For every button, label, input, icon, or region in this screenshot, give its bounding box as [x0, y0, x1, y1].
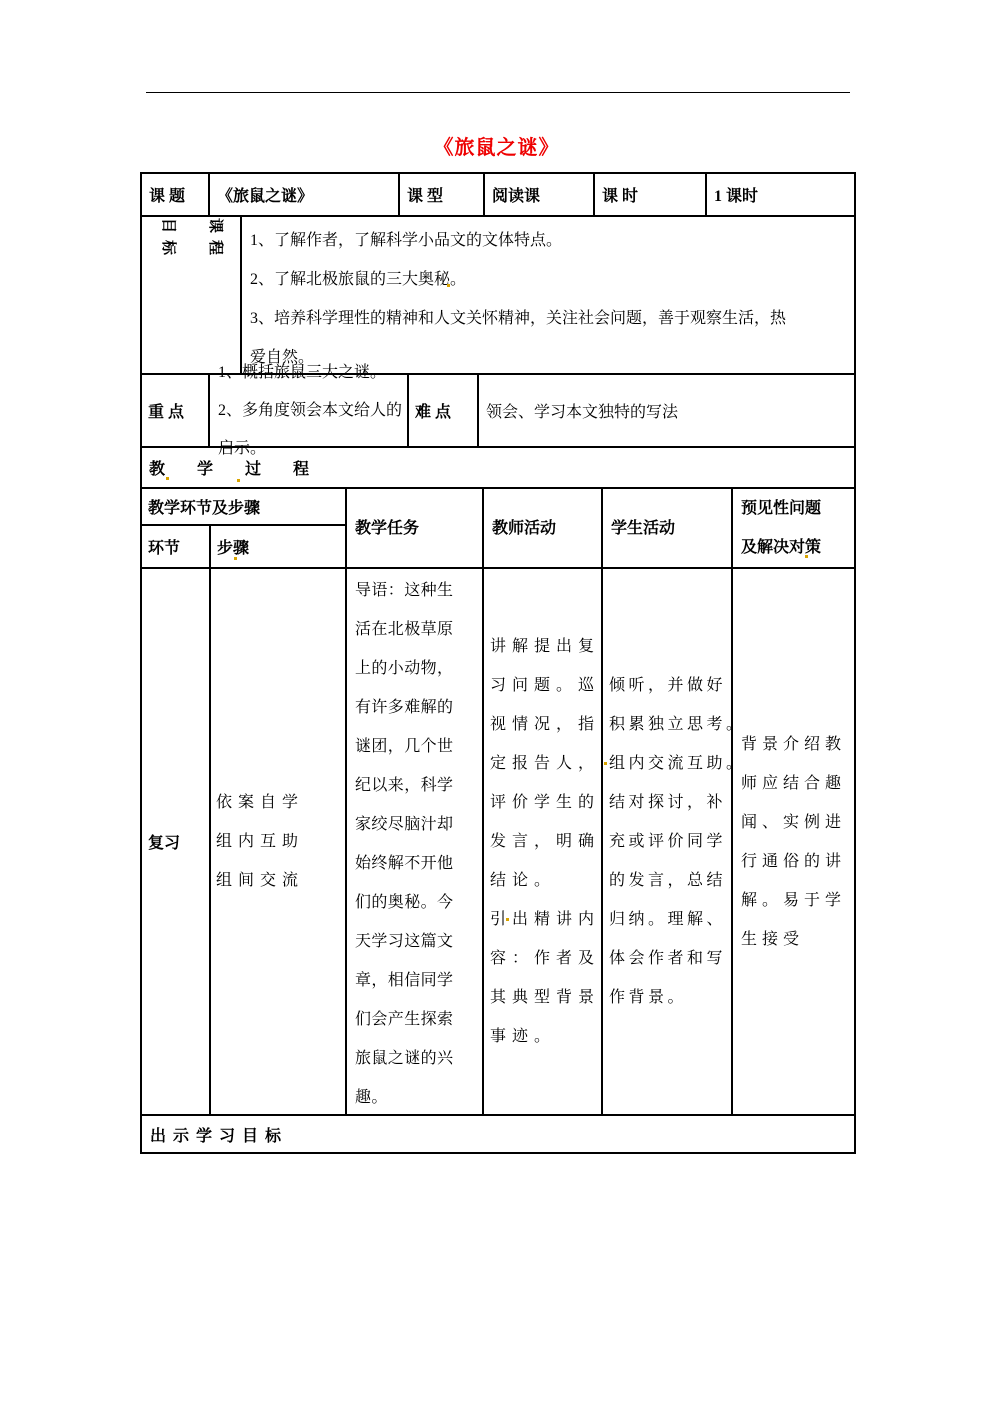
steps-value: 依案自学 组内互助 组间交流: [209, 569, 345, 1114]
student-activity-value: 倾听，并做好 积累独立思考。 组内交流互助。 结对探讨，补 充或评价同学 的发言…: [601, 569, 731, 1114]
steps-subheader: 环节 步骤: [142, 526, 345, 567]
student-column-header: 学生活动: [601, 489, 731, 567]
document-title: 《旅鼠之谜》: [0, 131, 993, 160]
steps-group-header-cell: 教学环节及步骤 环节 步骤: [142, 489, 345, 567]
stage-column-header: 环节: [142, 526, 209, 567]
stray-mark-dot: [166, 477, 169, 480]
stray-mark-dot: [447, 284, 450, 287]
show-objectives-label: 出 示 学 习 目 标: [142, 1116, 854, 1152]
objective-item: 1、了解作者，了解科学小品文的文体特点。: [250, 221, 846, 260]
stage-value: 复习: [142, 569, 209, 1114]
foresee-value: 背景介绍教 师应结合趣 闻、实例进 行通俗的讲 解。易于学 生接受: [731, 569, 854, 1114]
objectives-content: 1、了解作者，了解科学小品文的文体特点。 2、了解北极旅鼠的三大奥秘。 3、培养…: [240, 217, 854, 373]
stray-mark-dot: [237, 479, 240, 482]
steps-group-header: 教学环节及步骤: [142, 489, 345, 526]
lesson-plan-table: 课 题 《旅鼠之谜》 课 型 阅读课 课 时 1 课时 课程 目标 1、了解作者…: [140, 172, 856, 1154]
teacher-column-header: 教师活动: [482, 489, 601, 567]
key-points-content: 1、概括旅鼠三大之谜。 2、多角度领会本文给人的启示。: [208, 375, 407, 446]
difficulty-value: 领会、学习本文独特的写法: [477, 375, 854, 446]
key-difficulty-row: 重 点 1、概括旅鼠三大之谜。 2、多角度领会本文给人的启示。 难 点 领会、学…: [142, 373, 854, 446]
task-value: 导语：这种生 活在北极草原 上的小动物， 有许多难解的 谜团，几个世 纪以来，科…: [345, 569, 482, 1114]
foresee-column-header: 预见性问题 及解决对策: [731, 489, 854, 567]
period-label: 课 时: [593, 174, 705, 215]
process-header-row: 教学环节及步骤 环节 步骤 教学任务 教师活动 学生活动 预见性问题 及解决对策: [142, 487, 854, 567]
objectives-label-cell: 课程 目标: [142, 217, 240, 373]
course-value: 《旅鼠之谜》: [208, 174, 398, 215]
course-label: 课 题: [142, 174, 208, 215]
stray-mark-dot: [604, 762, 607, 765]
process-banner-row: 教 学 过 程: [142, 446, 854, 487]
step-column-header: 步骤: [209, 526, 345, 567]
stray-mark-dot: [805, 555, 808, 558]
objective-item: 2、了解北极旅鼠的三大奥秘。: [250, 260, 846, 299]
task-column-header: 教学任务: [345, 489, 482, 567]
stray-mark-dot: [506, 918, 509, 921]
lesson-type-label: 课 型: [398, 174, 483, 215]
stray-mark-dot: [234, 557, 237, 560]
key-points-label: 重 点: [142, 375, 208, 446]
info-row: 课 题 《旅鼠之谜》 课 型 阅读课 课 时 1 课时: [142, 174, 854, 215]
page-header-rule: [146, 92, 850, 93]
objectives-row: 课程 目标 1、了解作者，了解科学小品文的文体特点。 2、了解北极旅鼠的三大奥秘…: [142, 215, 854, 373]
lesson-type-value: 阅读课: [483, 174, 593, 215]
process-banner: 教 学 过 程: [142, 448, 854, 487]
key-point-item: 1、概括旅鼠三大之谜。: [218, 354, 407, 392]
teacher-activity-value: 讲解提出复 习问题。巡 视情况，指 定报告人， 评价学生的 发言，明确 结论。 …: [482, 569, 601, 1114]
process-content-row: 复习 依案自学 组内互助 组间交流 导语：这种生 活在北极草原 上的小动物， 有…: [142, 567, 854, 1114]
difficulty-label: 难 点: [407, 375, 477, 446]
show-objectives-row: 出 示 学 习 目 标: [142, 1114, 854, 1152]
objectives-vertical-label: 课程 目标: [144, 218, 238, 262]
period-value: 1 课时: [705, 174, 854, 215]
